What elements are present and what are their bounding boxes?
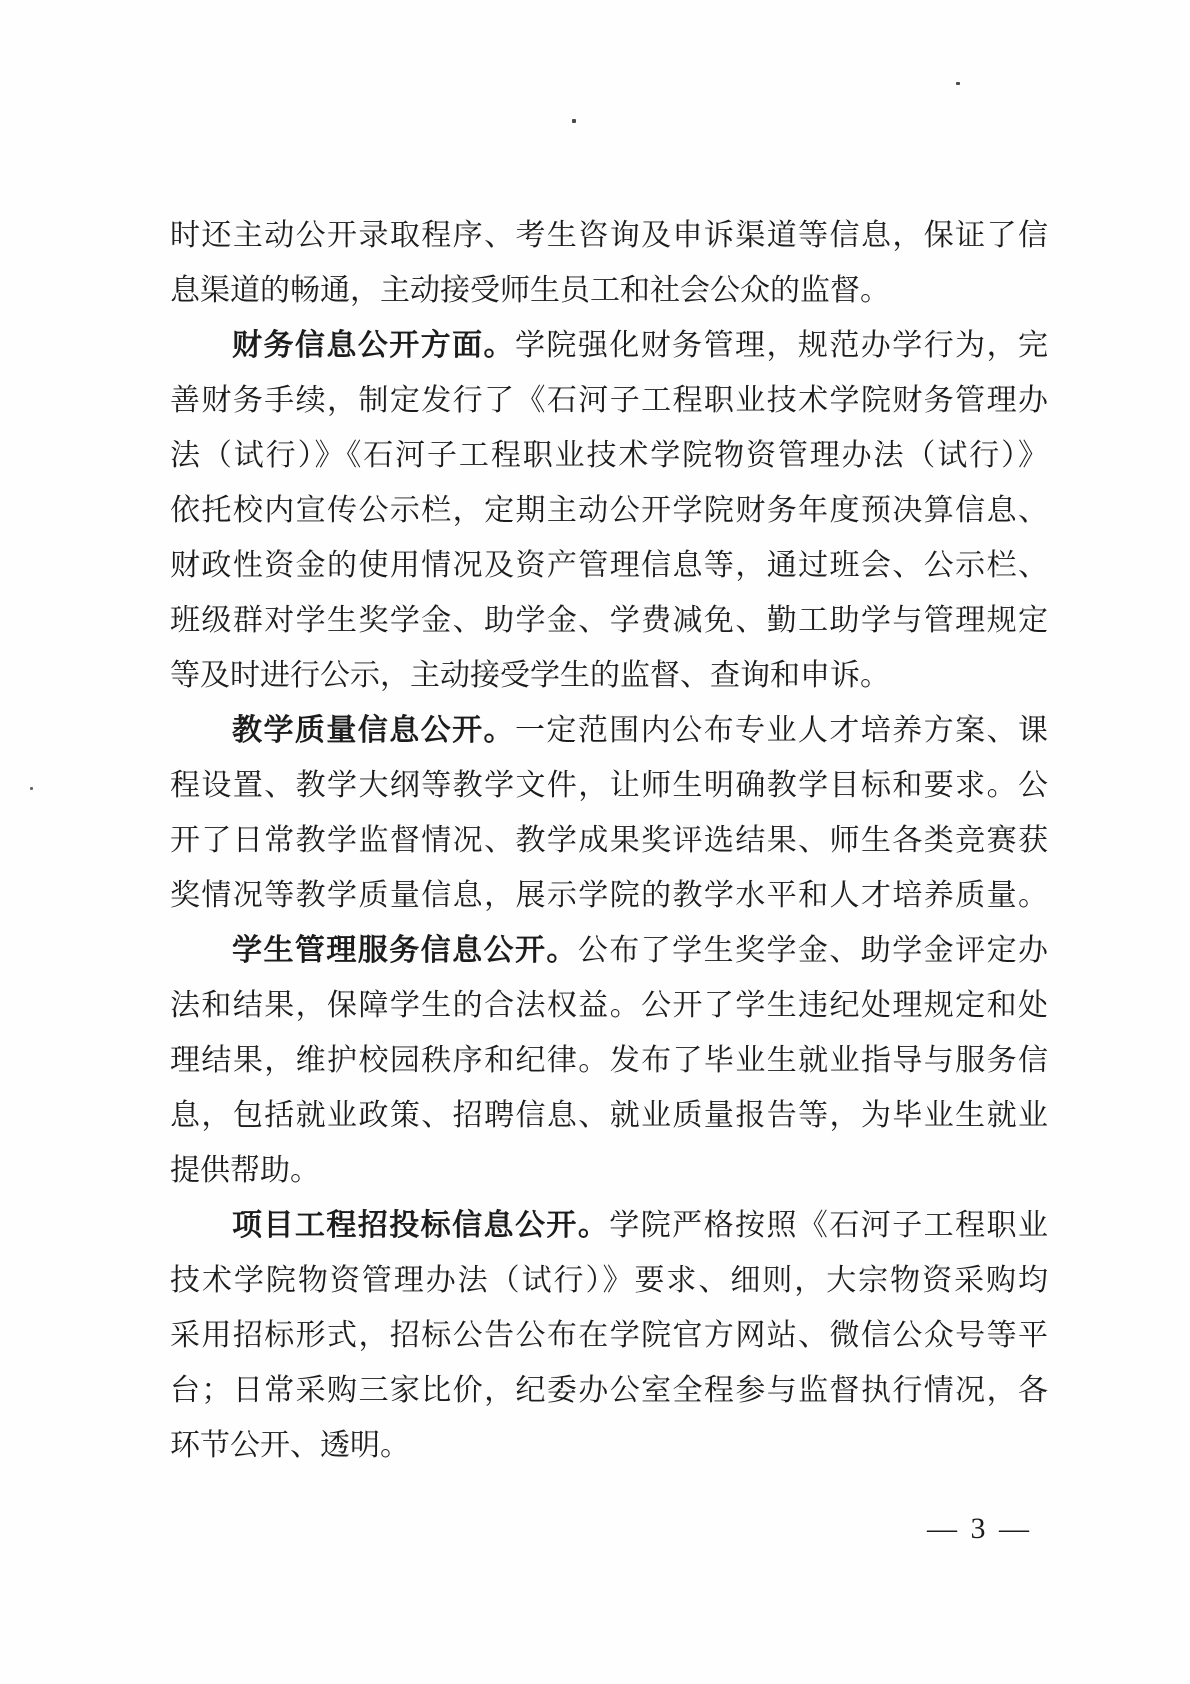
- text-line: 理结果，维护校园秩序和纪律。发布了毕业生就业指导与服务信: [170, 1033, 1048, 1088]
- line-text: 公布了学生奖学金、助学金评定办: [578, 934, 1048, 967]
- line-text: 采用招标形式，招标公告公布在学院官方网站、微信公众号等平: [170, 1319, 1048, 1352]
- line-text: 环节公开、透明。: [170, 1429, 410, 1462]
- text-line: 程设置、教学大纲等教学文件，让师生明确教学目标和要求。公: [170, 758, 1048, 813]
- paragraph-heading: 学生管理服务信息公开。: [232, 934, 578, 967]
- line-text: 技术学院物资管理办法（试行）》要求、细则，大宗物资采购均: [170, 1264, 1048, 1297]
- paragraph-heading: 项目工程招投标信息公开。: [232, 1209, 609, 1242]
- text-line: 技术学院物资管理办法（试行）》要求、细则，大宗物资采购均: [170, 1253, 1048, 1308]
- scan-speck: [572, 119, 576, 123]
- line-text: 学院强化财务管理，规范办学行为，完: [515, 329, 1048, 362]
- document-text-block: 时还主动公开录取程序、考生咨询及申诉渠道等信息，保证了信 息渠道的畅通，主动接受…: [170, 208, 1048, 1473]
- text-line: 善财务手续，制定发行了《石河子工程职业技术学院财务管理办: [170, 373, 1048, 428]
- line-text: 依托校内宣传公示栏，定期主动公开学院财务年度预决算信息、: [170, 494, 1048, 527]
- text-line: 息，包括就业政策、招聘信息、就业质量报告等，为毕业生就业: [170, 1088, 1048, 1143]
- text-line: 环节公开、透明。: [170, 1418, 1048, 1473]
- line-text: 奖情况等教学质量信息，展示学院的教学水平和人才培养质量。: [170, 879, 1048, 912]
- line-text: 提供帮助。: [170, 1154, 320, 1187]
- text-line: 财政性资金的使用情况及资产管理信息等，通过班会、公示栏、: [170, 538, 1048, 593]
- line-text: 财政性资金的使用情况及资产管理信息等，通过班会、公示栏、: [170, 549, 1048, 582]
- line-text: 理结果，维护校园秩序和纪律。发布了毕业生就业指导与服务信: [170, 1044, 1048, 1077]
- line-text: 法和结果，保障学生的合法权益。公开了学生违纪处理规定和处: [170, 989, 1048, 1022]
- text-line: 依托校内宣传公示栏，定期主动公开学院财务年度预决算信息、: [170, 483, 1048, 538]
- text-line: 项目工程招投标信息公开。学院严格按照《石河子工程职业: [170, 1198, 1048, 1253]
- text-line: 班级群对学生奖学金、助学金、学费减免、勤工助学与管理规定: [170, 593, 1048, 648]
- line-text: 班级群对学生奖学金、助学金、学费减免、勤工助学与管理规定: [170, 604, 1048, 637]
- paragraph-heading: 教学质量信息公开。: [232, 714, 515, 747]
- text-line: 台；日常采购三家比价，纪委办公室全程参与监督执行情况，各: [170, 1363, 1048, 1418]
- line-text: 息，包括就业政策、招聘信息、就业质量报告等，为毕业生就业: [170, 1099, 1048, 1132]
- scan-speck: [956, 82, 960, 85]
- text-line: 法（试行）》《石河子工程职业技术学院物资管理办法（试行）》: [170, 428, 1048, 483]
- line-text: 时还主动公开录取程序、考生咨询及申诉渠道等信息，保证了信: [170, 219, 1048, 252]
- text-line: 时还主动公开录取程序、考生咨询及申诉渠道等信息，保证了信: [170, 208, 1048, 263]
- text-line: 法和结果，保障学生的合法权益。公开了学生违纪处理规定和处: [170, 978, 1048, 1033]
- text-line: 息渠道的畅通，主动接受师生员工和社会公众的监督。: [170, 263, 1048, 318]
- scan-speck: [30, 787, 33, 790]
- line-text: 台；日常采购三家比价，纪委办公室全程参与监督执行情况，各: [170, 1374, 1048, 1407]
- text-line: 采用招标形式，招标公告公布在学院官方网站、微信公众号等平: [170, 1308, 1048, 1363]
- text-line: 奖情况等教学质量信息，展示学院的教学水平和人才培养质量。: [170, 868, 1048, 923]
- text-line: 教学质量信息公开。一定范围内公布专业人才培养方案、课: [170, 703, 1048, 758]
- line-text: 等及时进行公示，主动接受学生的监督、查询和申诉。: [170, 659, 890, 692]
- line-text: 学院严格按照《石河子工程职业: [609, 1209, 1048, 1242]
- page-number: — 3 —: [927, 1512, 1032, 1546]
- line-text: 开了日常教学监督情况、教学成果奖评选结果、师生各类竞赛获: [170, 824, 1048, 857]
- line-text: 程设置、教学大纲等教学文件，让师生明确教学目标和要求。公: [170, 769, 1048, 802]
- document-page: 时还主动公开录取程序、考生咨询及申诉渠道等信息，保证了信 息渠道的畅通，主动接受…: [0, 0, 1190, 1684]
- text-line: 提供帮助。: [170, 1143, 1048, 1198]
- text-line: 等及时进行公示，主动接受学生的监督、查询和申诉。: [170, 648, 1048, 703]
- text-line: 开了日常教学监督情况、教学成果奖评选结果、师生各类竞赛获: [170, 813, 1048, 868]
- line-text: 善财务手续，制定发行了《石河子工程职业技术学院财务管理办: [170, 384, 1048, 417]
- line-text: 法（试行）》《石河子工程职业技术学院物资管理办法（试行）》: [170, 439, 1048, 472]
- text-line: 学生管理服务信息公开。公布了学生奖学金、助学金评定办: [170, 923, 1048, 978]
- line-text: 一定范围内公布专业人才培养方案、课: [515, 714, 1048, 747]
- line-text: 息渠道的畅通，主动接受师生员工和社会公众的监督。: [170, 274, 890, 307]
- paragraph-heading: 财务信息公开方面。: [232, 329, 515, 362]
- text-line: 财务信息公开方面。学院强化财务管理，规范办学行为，完: [170, 318, 1048, 373]
